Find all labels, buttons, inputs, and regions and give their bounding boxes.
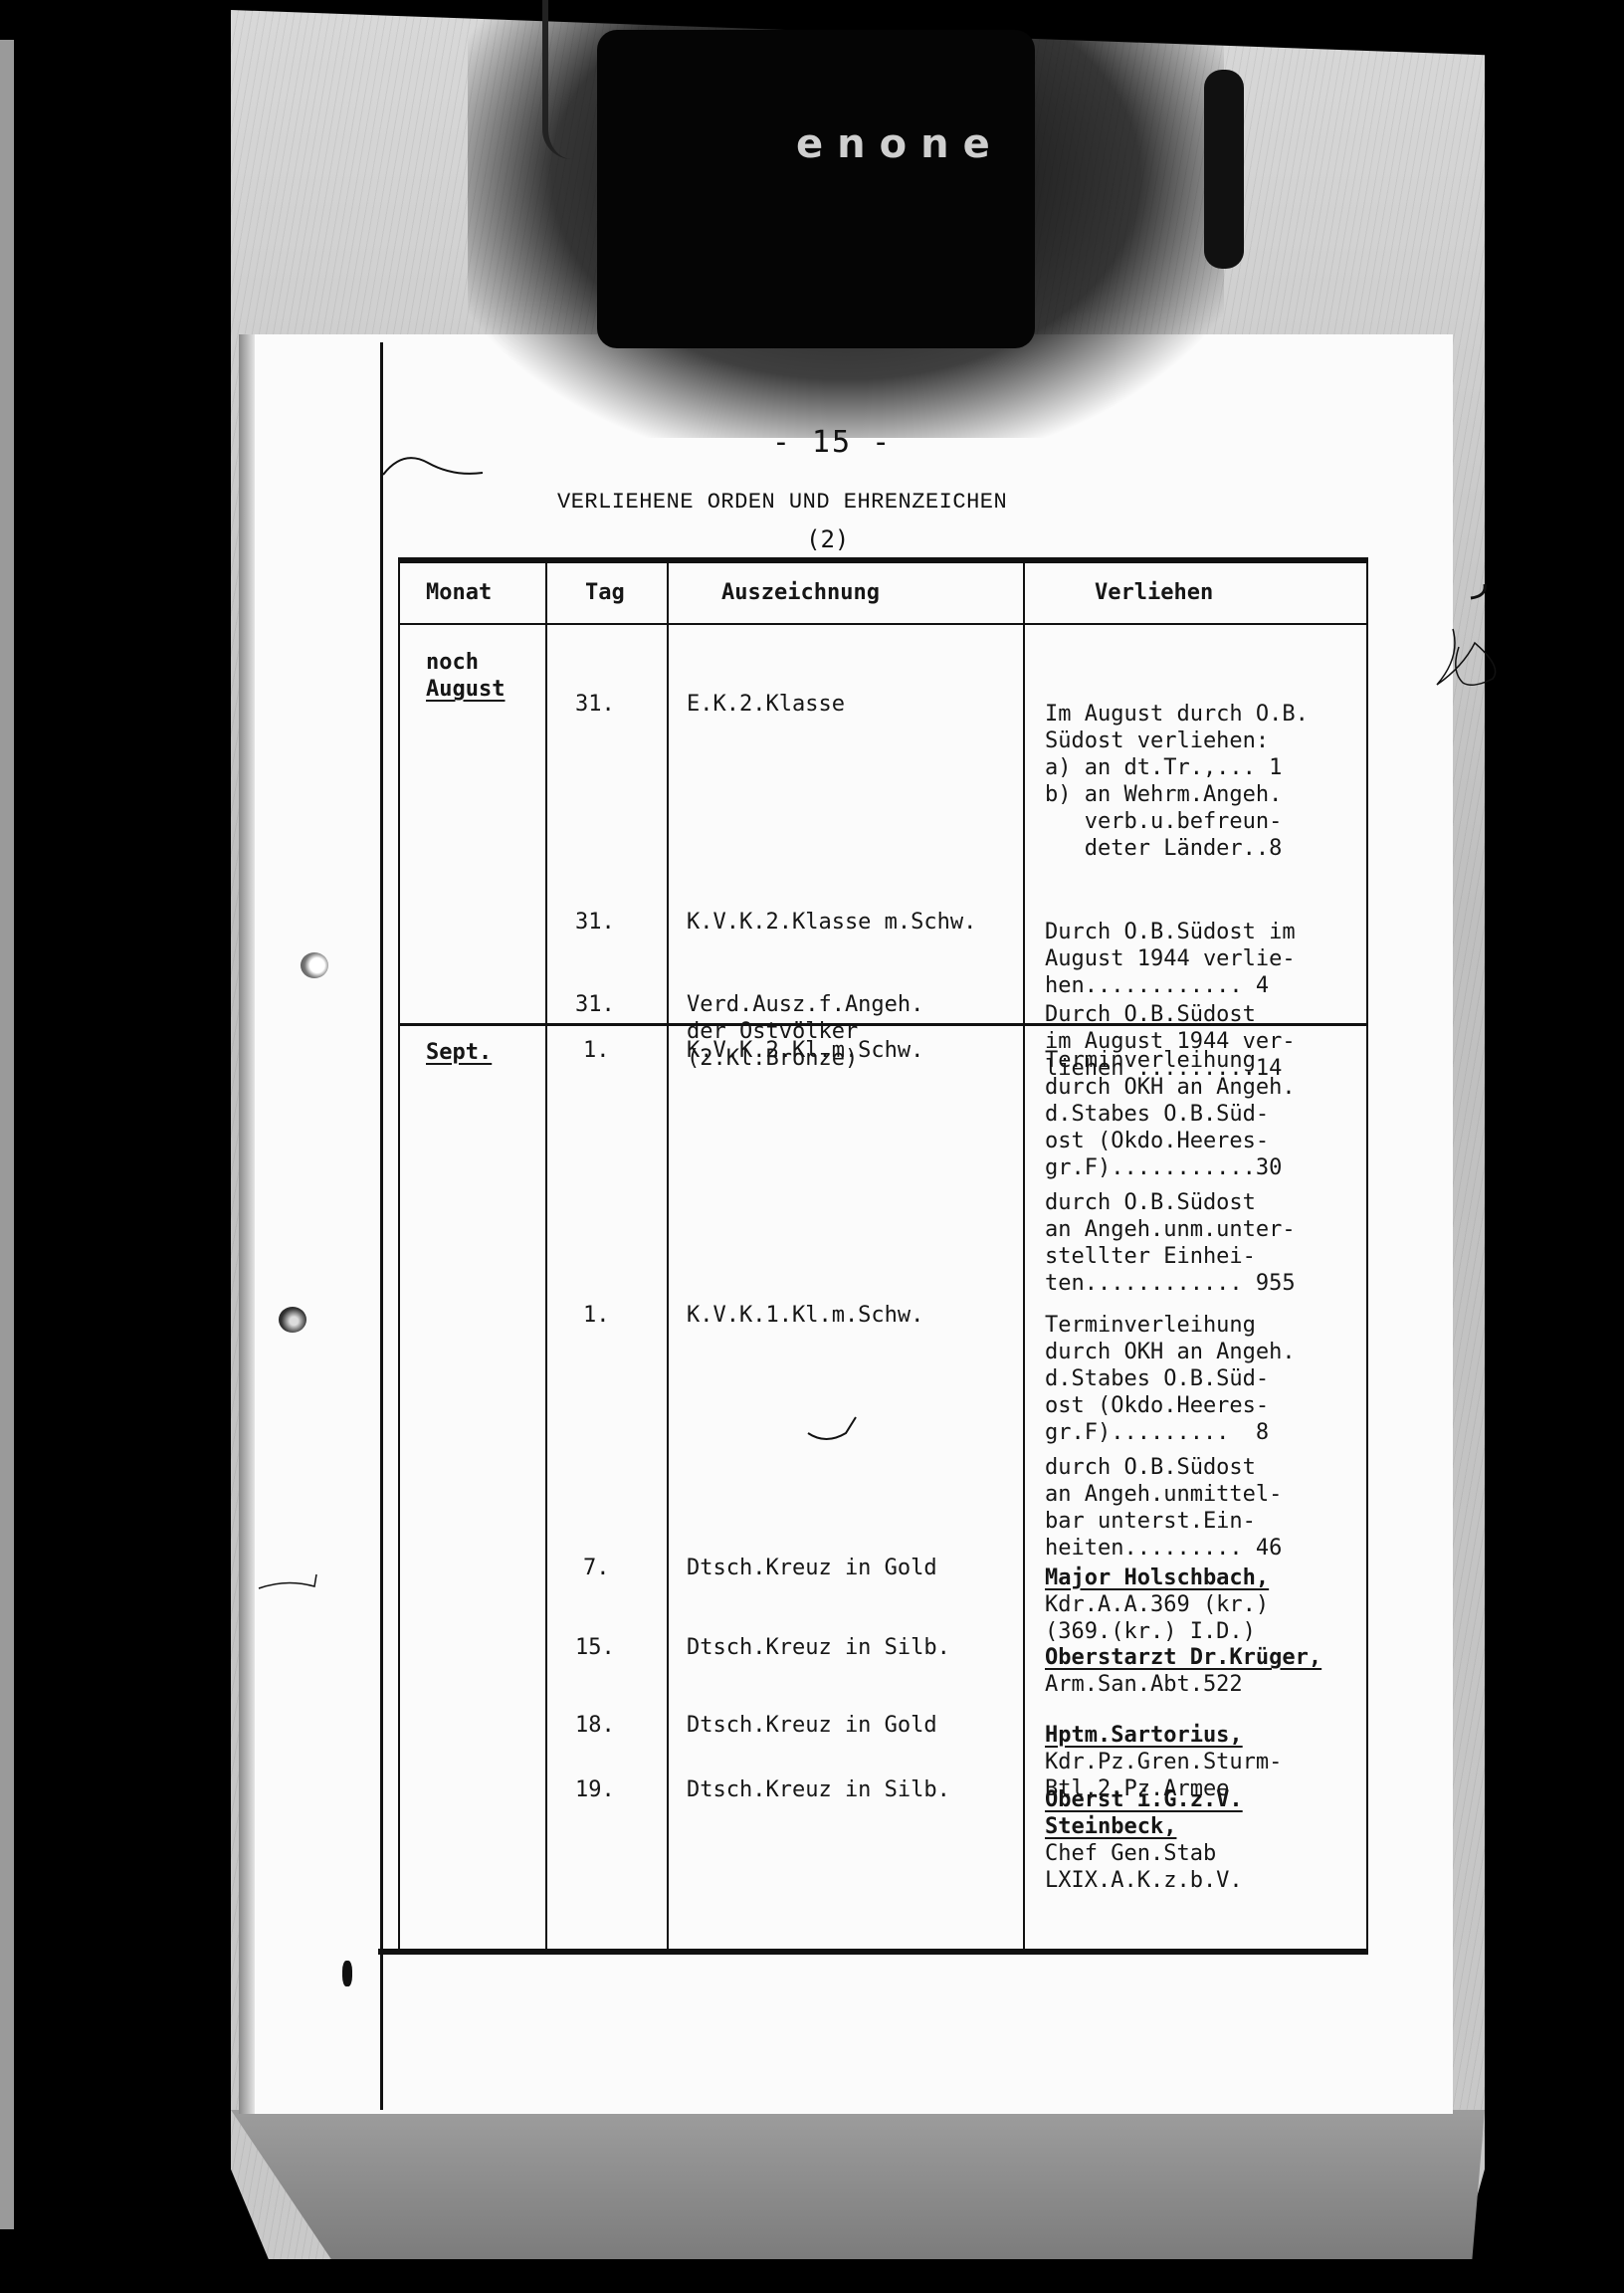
page-number: - 15 - [0,425,1624,460]
scanner-device [597,30,1035,348]
awarded-cell: durch OKH an Angeh. [1045,1074,1296,1101]
awarded-cell: d.Stabes O.B.Süd- [1045,1365,1269,1392]
column-header-verliehen: Verliehen [1095,579,1213,606]
awarded-cell: ten............ 955 [1045,1270,1296,1297]
recipient-name: Oberstarzt Dr.Krüger, [1045,1644,1321,1671]
awarded-cell: an Angeh.unmittel- [1045,1481,1282,1508]
awarded-cell: gr.F)...........30 [1045,1154,1282,1181]
award-cell: Dtsch.Kreuz in Silb. [687,1776,950,1803]
table-bottom-rule [378,1949,1368,1955]
punch-hole-top [301,952,328,978]
table-top-rule [398,557,1368,563]
awarded-cell: Terminverleihung [1045,1312,1256,1339]
award-cell: K.V.K.1.Kl.m.Schw. [687,1302,923,1329]
award-cell: Dtsch.Kreuz in Gold [687,1712,937,1739]
awarded-cell: Durch O.B.Südost im [1045,919,1296,945]
recipient-name: Major Holschbach, [1045,1564,1269,1591]
column-rule [667,557,669,1955]
margin-rule [380,342,383,2110]
column-rule [545,557,547,1955]
awarded-cell: stellter Einhei- [1045,1243,1256,1270]
month-label: August [426,676,505,703]
awarded-cell: a) an dt.Tr.,... 1 [1045,754,1282,781]
awarded-cell: Kdr.Pz.Gren.Sturm- [1045,1749,1282,1775]
awarded-cell: August 1944 verlie- [1045,945,1296,972]
awarded-cell: durch OKH an Angeh. [1045,1339,1296,1365]
pencil-mark [806,1413,876,1453]
adjacent-sheet-edge [0,40,14,2229]
awarded-cell: hen............ 4 [1045,972,1269,999]
column-rule [1023,557,1025,1955]
column-rule [1366,557,1368,1955]
awarded-cell: Im August durch O.B. [1045,701,1309,728]
document-subtitle: (2) [806,525,849,553]
awarded-cell: b) an Wehrm.Angeh. [1045,781,1282,808]
awarded-cell: gr.F)......... 8 [1045,1419,1269,1446]
device-label: enone [796,121,1004,167]
day-cell: 15. [575,1634,615,1661]
awarded-cell: ost (Okdo.Heeres- [1045,1128,1269,1154]
section-divider [398,1023,1368,1026]
awarded-cell: Arm.San.Abt.522 [1045,1671,1243,1698]
recipient-name: Hptm.Sartorius, [1045,1722,1243,1749]
awarded-cell: durch O.B.Südost [1045,1454,1256,1481]
handwritten-initials [1433,627,1503,697]
recipient-name: Oberst i.G.z.V. [1045,1786,1243,1813]
document-title: VERLIEHENE ORDEN UND EHRENZEICHEN [557,490,1007,515]
awarded-cell: d.Stabes O.B.Süd- [1045,1101,1269,1128]
award-cell: Dtsch.Kreuz in Gold [687,1555,937,1581]
folder-bottom [231,2110,1485,2259]
day-cell: 19. [575,1776,615,1803]
recipient-name: Steinbeck, [1045,1813,1176,1840]
awarded-cell: durch O.B.Südost [1045,1189,1256,1216]
award-cell: E.K.2.Klasse [687,691,845,718]
punch-hole-bottom [279,1307,306,1333]
awarded-cell: Terminverleihung [1045,1047,1256,1074]
awarded-cell: Südost verliehen: [1045,728,1269,754]
day-cell: 31. [575,691,615,718]
awarded-cell: Kdr.A.A.369 (kr.) [1045,1591,1269,1618]
awarded-cell: heiten......... 46 [1045,1535,1282,1562]
month-label: noch [426,649,479,676]
award-cell: Dtsch.Kreuz in Silb. [687,1634,950,1661]
device-cable [542,0,578,159]
pencil-mark [257,1572,326,1602]
awarded-cell: an Angeh.unm.unter- [1045,1216,1296,1243]
pencil-tick [1463,582,1493,612]
award-cell: K.V.K.2.Kl.m.Schw. [687,1037,923,1064]
awards-table: MonatTagAuszeichnungVerliehennochAugust3… [398,557,1368,1961]
awarded-cell: verb.u.befreun- [1045,808,1282,835]
month-label: Sept. [426,1039,492,1066]
ink-blot [342,1961,352,1986]
award-cell: Verd.Ausz.f.Angeh. [687,991,923,1018]
awarded-cell: ost (Okdo.Heeres- [1045,1392,1269,1419]
column-header-auszeichnung: Auszeichnung [721,579,880,606]
column-header-tag: Tag [585,579,625,606]
sheet-left-edge [239,334,255,2114]
awarded-cell: deter Länder..8 [1045,835,1282,862]
awarded-cell: (369.(kr.) I.D.) [1045,1618,1256,1645]
device-knob [1204,70,1244,269]
award-cell: K.V.K.2.Klasse m.Schw. [687,909,976,936]
awarded-cell: LXIX.A.K.z.b.V. [1045,1867,1243,1894]
column-rule [398,557,400,1955]
day-cell: 31. [575,991,615,1018]
header-divider [398,623,1368,625]
day-cell: 1. [583,1037,610,1064]
column-header-monat: Monat [426,579,492,606]
awarded-cell: Chef Gen.Stab [1045,1840,1216,1867]
day-cell: 18. [575,1712,615,1739]
awarded-cell: bar unterst.Ein- [1045,1508,1256,1535]
day-cell: 31. [575,909,615,936]
day-cell: 7. [583,1555,610,1581]
day-cell: 1. [583,1302,610,1329]
